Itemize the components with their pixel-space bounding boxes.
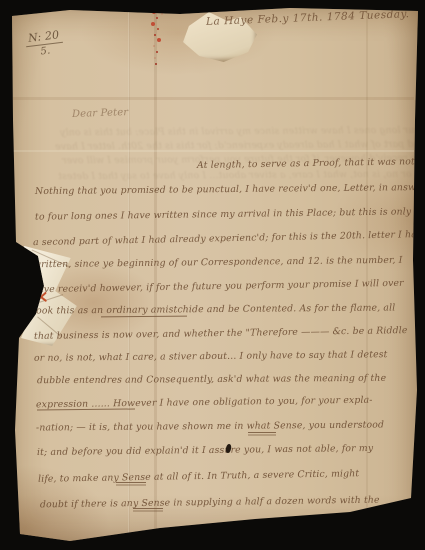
body-line: doubt if there is any Sense in supplying… [40, 495, 380, 511]
body-line: look this as an ordinary amistchide and … [33, 302, 395, 316]
vertical-fold-crease [128, 8, 130, 542]
vertical-fold-crease [154, 8, 157, 542]
body-line: Nothing that you promised to be punctual… [35, 182, 425, 197]
body-line: to four long ones I have written since m… [35, 206, 411, 222]
underline-stroke [116, 482, 146, 483]
verso-show-through: a second part of what I had already expe… [55, 139, 425, 153]
body-line: it; and before you did explain'd it I as… [37, 443, 373, 458]
underline-stroke [101, 316, 187, 318]
horizontal-fold-crease [12, 97, 414, 100]
red-wax-seal-remnant-icon [152, 10, 156, 14]
dateline: La Haye Feb.y 17th. 1784 Tuesday. [206, 8, 410, 28]
body-line: written, since ye beginning of our Corre… [33, 255, 403, 271]
body-line: that business is now over, and whether t… [34, 325, 408, 342]
body-line: a second part of what I had already expe… [33, 229, 425, 248]
letter-paper-sheet: N: 20 5. La Haye Feb.y 17th. 1784 Tuesda… [0, 0, 425, 550]
body-line: have receiv'd however, if for the future… [32, 278, 404, 296]
underline-stroke [133, 508, 163, 509]
letter-photo: N: 20 5. La Haye Feb.y 17th. 1784 Tuesda… [0, 0, 425, 550]
verso-show-through: or no, is not, what I care, a stiver abo… [58, 169, 412, 183]
underline-stroke [37, 408, 135, 410]
verso-show-through: to four long ones I have written since m… [60, 125, 425, 139]
body-line: life, to make any Sense at all of it. In… [38, 468, 359, 485]
body-line: -nation; — it is, that you have shown me… [36, 419, 384, 433]
body-line: or no, is not, what I care, a stiver abo… [34, 349, 388, 364]
folio-number: N: 20 5. [24, 28, 64, 61]
closing-fragment: dash of [345, 515, 383, 528]
salutation: Dear Peter [72, 107, 129, 121]
underline-stroke [248, 432, 276, 433]
body-line: dubble entendres and Consequently, ask'd… [37, 373, 386, 387]
